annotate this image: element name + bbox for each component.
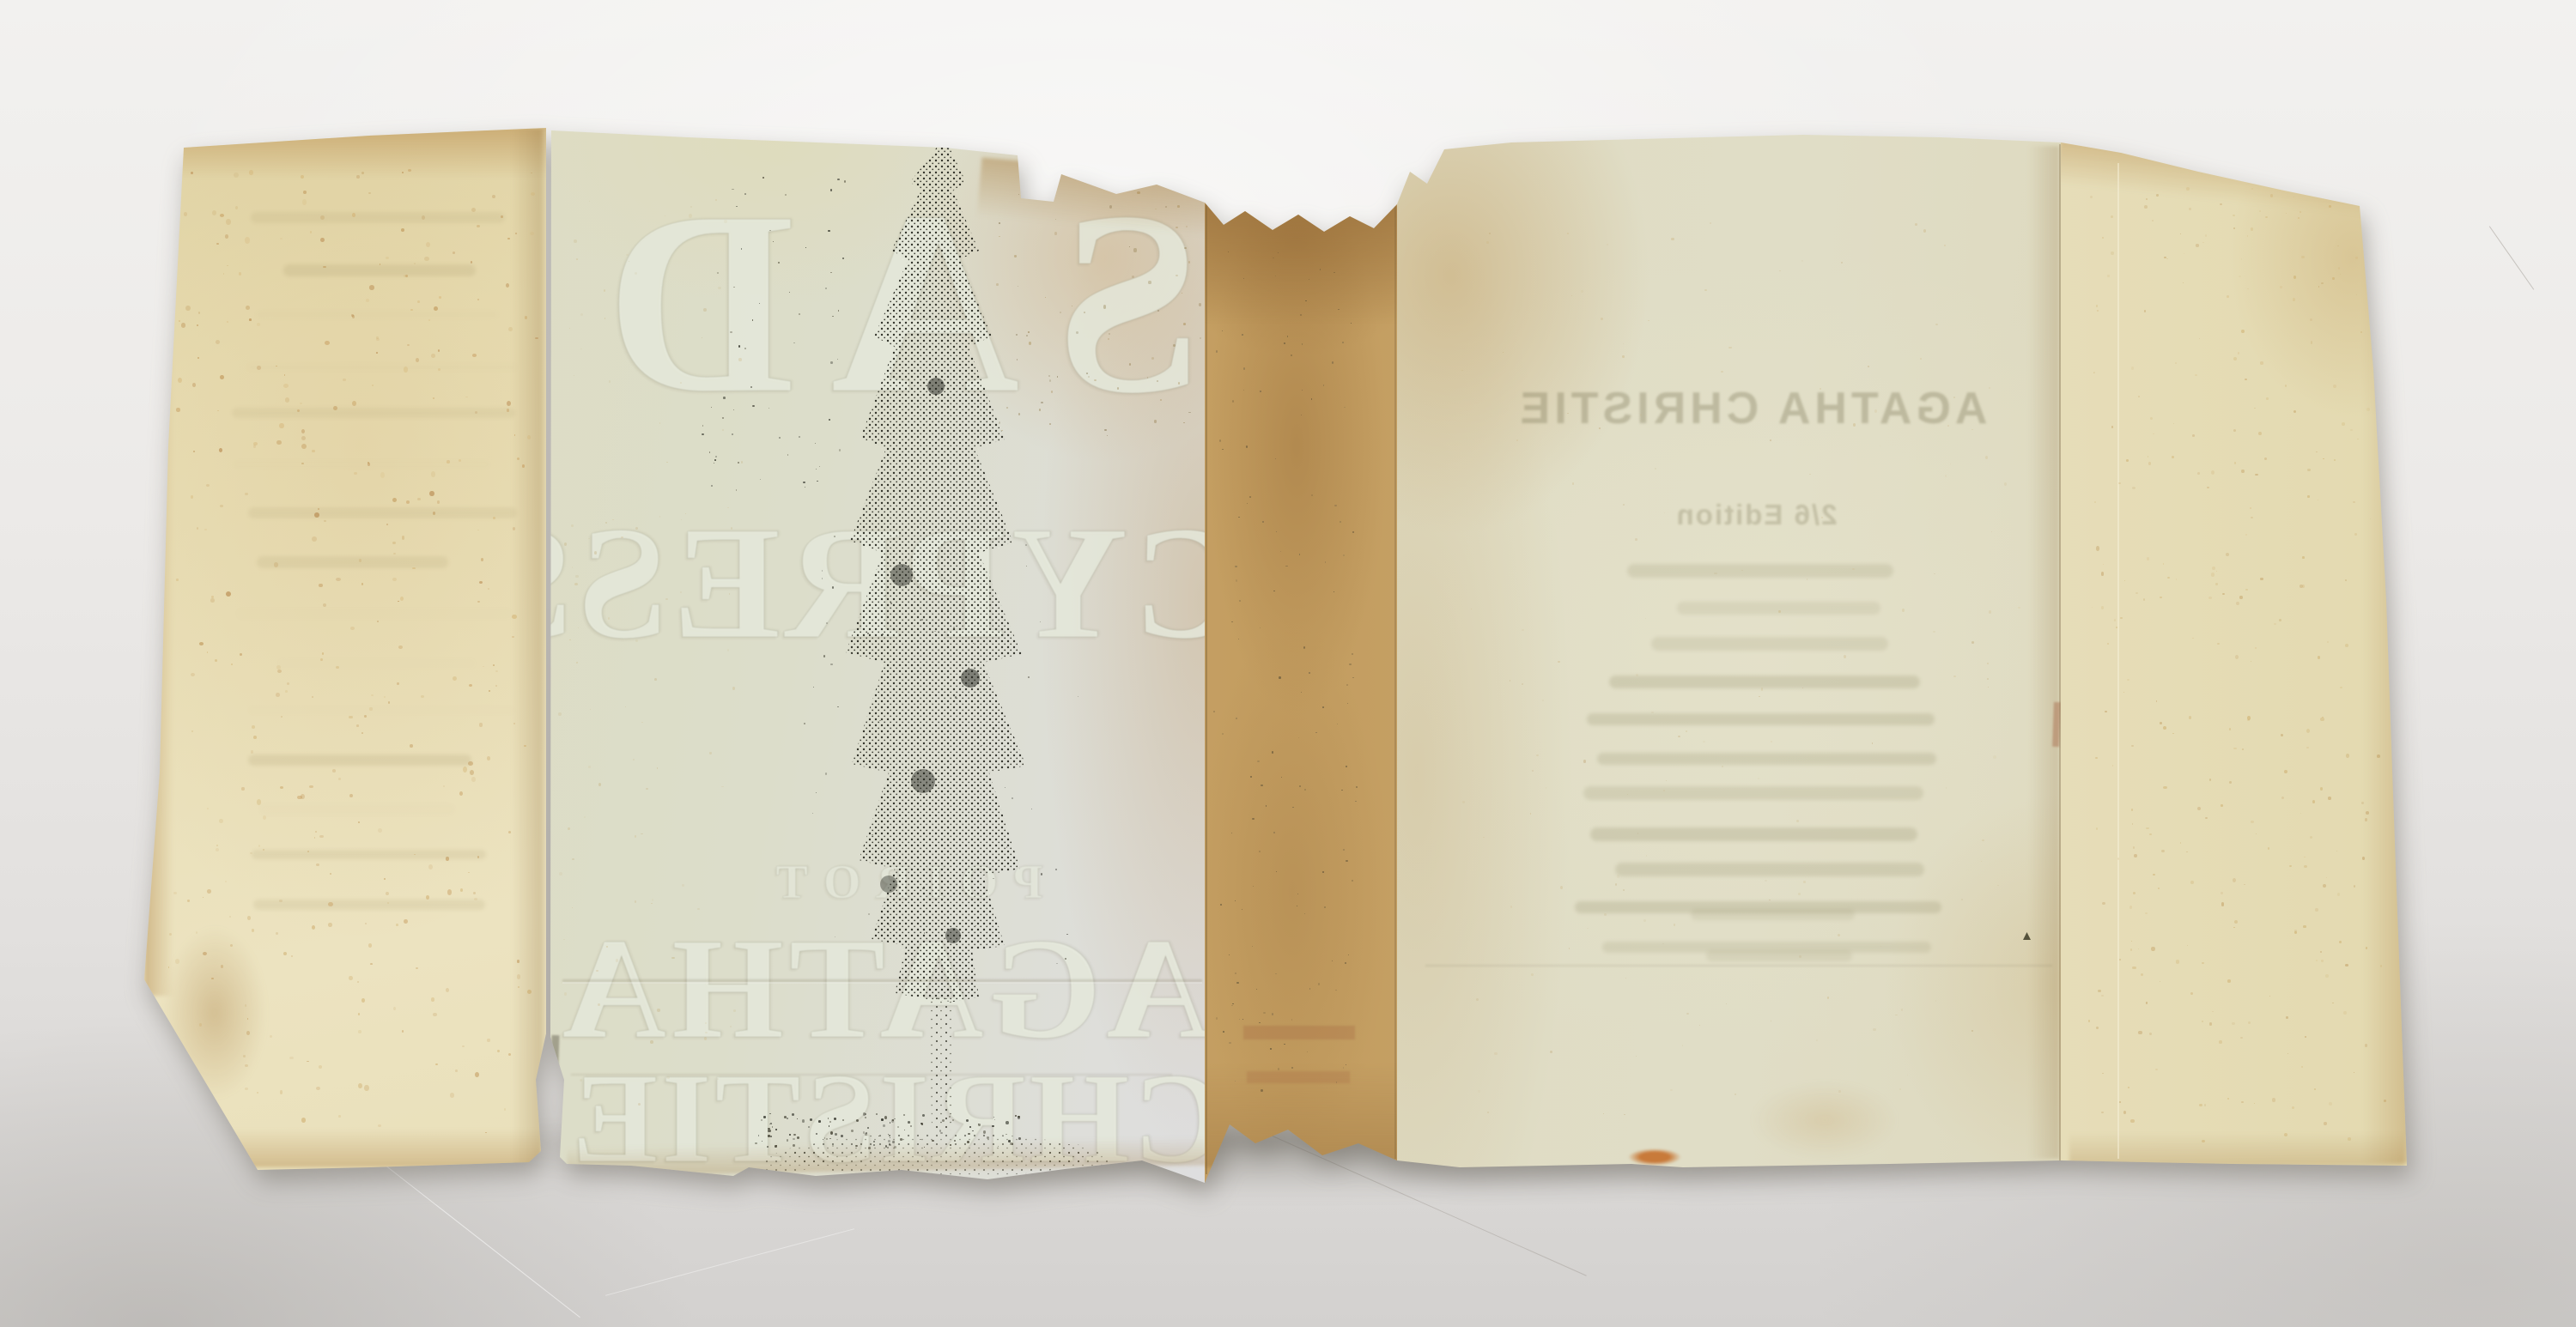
photo-of-dust-jacket: SAD CYPRESS POIROT AGATHA CHRISTIE (0, 0, 2576, 1327)
dust-jacket-reverse: SAD CYPRESS POIROT AGATHA CHRISTIE (0, 0, 2576, 1327)
wire-hook-mark (1367, 167, 1393, 191)
